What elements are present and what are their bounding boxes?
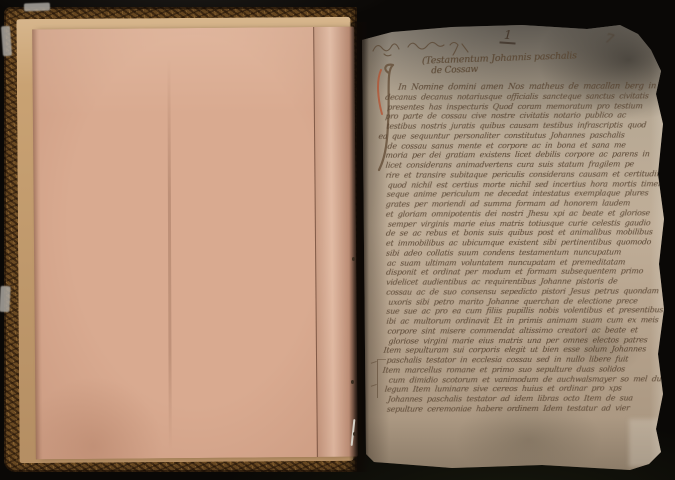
marginal-tick-mark [369, 379, 377, 387]
stitch-hole [352, 257, 355, 261]
manuscript-body: In Nomine domini amen Nos matheus de mac… [385, 81, 651, 414]
marginal-tick-mark [369, 356, 377, 364]
book-scan: 1 7 (Testamentum Johannis paschalis de C… [0, 0, 675, 480]
repair-tape-patch [0, 286, 11, 312]
corner-pen-mark: 7 [603, 31, 614, 48]
manuscript-line: sepulture ceremoniae habere ordinem Idem… [386, 403, 651, 414]
torn-corner-highlight [629, 419, 663, 467]
stitch-hole [353, 432, 356, 436]
manuscript-folio: 1 7 (Testamentum Johannis paschalis de C… [362, 24, 665, 471]
stitch-hole [351, 380, 354, 384]
blank-flyleaf-page [32, 27, 358, 460]
folio-number: 1 [499, 27, 517, 44]
marginal-item-bracket [377, 359, 386, 398]
repair-tape-patch [24, 3, 50, 12]
flyleaf-vertical-crease [167, 58, 171, 450]
document-heading: (Testamentum Johannis paschalis de Cossa… [422, 50, 578, 77]
gutter-shadow [349, 22, 369, 472]
